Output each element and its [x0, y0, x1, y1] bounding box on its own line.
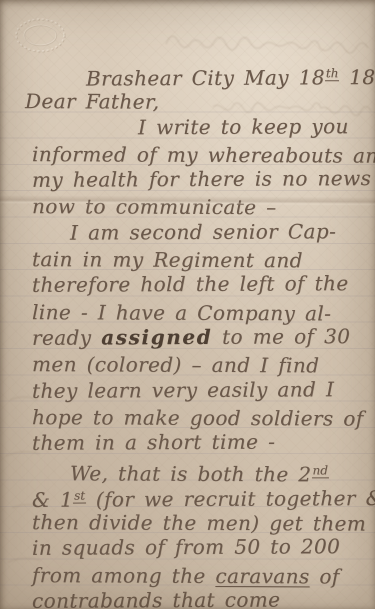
letter-text: Brashear City May 18	[86, 65, 325, 90]
letter-text: ready	[32, 325, 101, 349]
letter-text: my health for there is no news	[32, 166, 371, 192]
letter-line: they learn very easily and I	[0, 376, 375, 404]
bleed-through-mark	[140, 30, 370, 60]
letter-text: then divide the men) get them	[32, 510, 366, 535]
letter-text: now to communicate –	[32, 195, 277, 220]
letter-text: caravans	[215, 564, 309, 588]
letter-text: (for we recruit together &	[86, 486, 375, 512]
letter-line: my health for there is no news	[0, 165, 375, 193]
letter-line: men (colored) – and I find	[0, 351, 375, 379]
letter-line: ready assigned to me of 30	[0, 323, 375, 351]
letter-page: Brashear City May 18th 1863cDear Father,…	[0, 0, 375, 609]
letter-text: tain in my Regiment and	[32, 247, 303, 272]
letter-text: of	[310, 564, 340, 588]
letter-text: assigned	[101, 325, 212, 350]
letter-line: Brashear City May 18th 1863c	[0, 60, 375, 88]
letter-line: them in a short time -	[0, 428, 375, 456]
letter-line: therefore hold the left of the	[0, 270, 375, 298]
letter-text: contrabands that come	[32, 587, 280, 609]
letter-line: in squads of from 50 to 200	[0, 533, 375, 561]
superscript-text: nd	[311, 464, 328, 479]
letter-text: they learn very easily and I	[32, 377, 334, 403]
letter-text: them in a short time -	[32, 430, 275, 455]
letter-line: now to communicate –	[0, 193, 375, 221]
letter-text: therefore hold the left of the	[32, 272, 349, 298]
letter-text: I write to keep you	[138, 114, 349, 139]
letter-line: I write to keep you	[0, 113, 375, 141]
letter-line: Dear Father,	[0, 88, 375, 116]
superscript-text: st	[73, 488, 86, 503]
letter-line: contrabands that come	[0, 586, 375, 609]
letter-body: Brashear City May 18th 1863cDear Father,…	[0, 62, 375, 609]
letter-text: line - I have a Company al-	[32, 300, 331, 325]
letter-text: to me of 30	[212, 324, 350, 349]
superscript-text: th	[325, 66, 340, 81]
letter-text: in squads of from 50 to 200	[32, 535, 340, 561]
letter-line: I am second senior Cap-	[0, 218, 375, 246]
letter-text: informed of my whereabouts and	[32, 142, 375, 168]
letter-text: & 1	[32, 487, 73, 511]
embossed-seal	[10, 14, 68, 58]
letter-text: I am second senior Cap-	[70, 219, 336, 244]
letter-text: 1863	[339, 65, 375, 89]
letter-text: men (colored) – and I find	[32, 352, 319, 377]
letter-line: We, that is both the 2nd	[0, 456, 375, 484]
letter-text: Dear Father,	[25, 89, 160, 114]
letter-line: & 1st (for we recruit together &	[0, 481, 375, 509]
letter-text: from among the	[32, 563, 216, 588]
letter-text: hope to make good soldiers of	[32, 405, 364, 430]
